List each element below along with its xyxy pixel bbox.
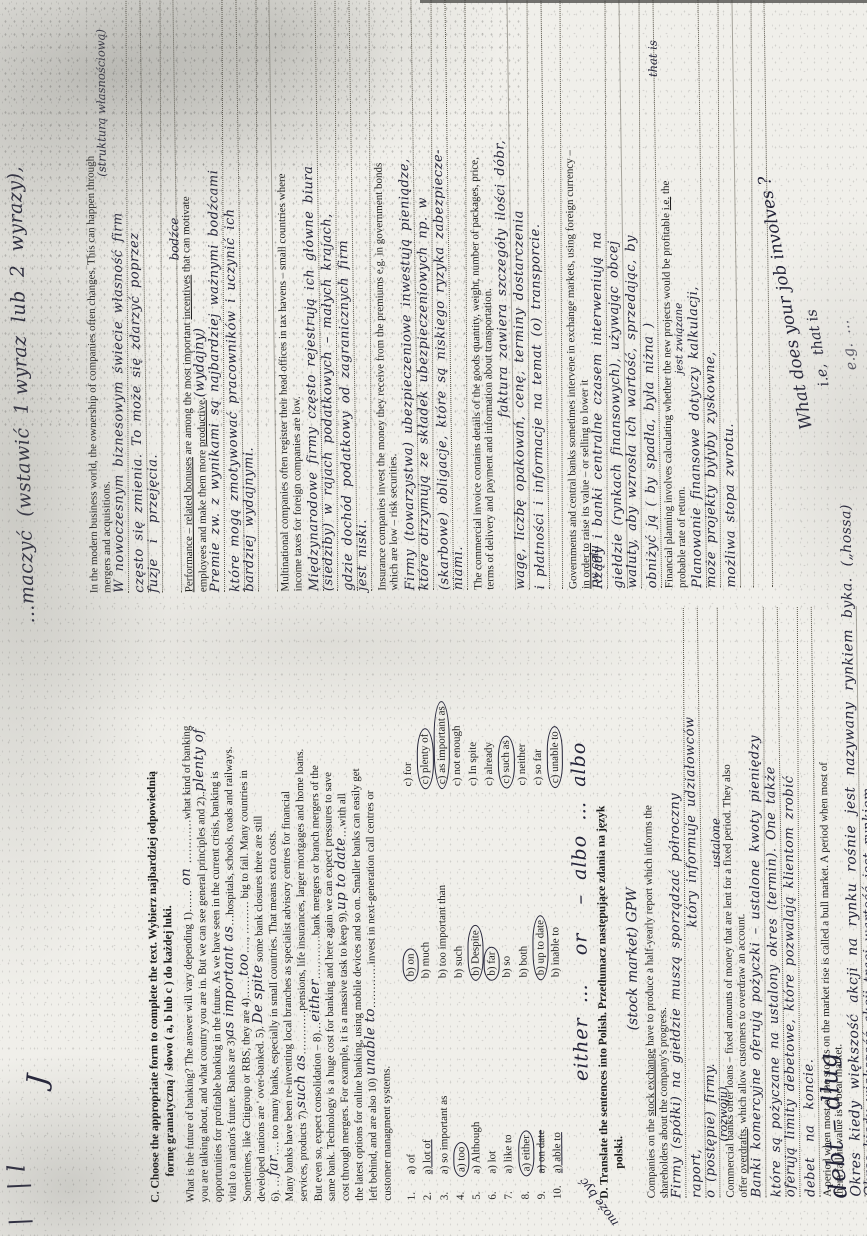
print-text: the bbox=[660, 181, 672, 197]
print-text: customer managment systems. bbox=[380, 1066, 393, 1201]
handwritten-line: o (postępie) firmy. bbox=[701, 608, 721, 1198]
option-a: a) Although bbox=[468, 978, 486, 1174]
print-text: that can motivate bbox=[180, 196, 193, 275]
option-a: a) able to bbox=[549, 977, 567, 1173]
handwritten-annotation: (strukturą własnościową) bbox=[94, 29, 107, 177]
option-label: a) so important as bbox=[437, 1096, 450, 1175]
option-label-marked: a) on date bbox=[535, 1130, 547, 1173]
option-c: c) plenty of bbox=[416, 610, 434, 786]
text-block: Commercial banks offer loans – fixed amo… bbox=[720, 607, 818, 1198]
option-number: 4. bbox=[453, 1174, 469, 1200]
scanned-document: | |l J …maczyć (wstawić 1 wyraz lub 2 wy… bbox=[0, 0, 867, 1236]
job-note-eg: e.g. … bbox=[836, 319, 860, 372]
text-block: The commercial invoice contains details … bbox=[467, 0, 564, 590]
exercise-c-heading: C. Choose the appropriate form to comple… bbox=[143, 612, 178, 1202]
option-number: 7. bbox=[502, 1173, 518, 1199]
option-number: 10. bbox=[550, 1173, 566, 1199]
handwritten-answer: De spite bbox=[250, 965, 267, 1024]
option-label: c) so far bbox=[531, 749, 543, 785]
text-block: Performance – related bonuses are among … bbox=[178, 0, 276, 592]
option-label-marked: a) lot of bbox=[421, 1139, 433, 1174]
option-label: a) like to bbox=[502, 1134, 514, 1173]
print-text: which are low – risk securities. bbox=[387, 454, 400, 591]
print-text: left behind, and are also 10) bbox=[367, 1075, 380, 1201]
translation-passages-column: In the modern business world, the owners… bbox=[0, 0, 775, 594]
option-number: 1. bbox=[405, 1174, 421, 1200]
option-b: b) such bbox=[450, 786, 468, 978]
exercise-c-column: C. Choose the appropriate form to comple… bbox=[0, 606, 867, 1204]
print-text: some bank closures there are still bbox=[252, 815, 265, 964]
passages-list: In the modern business world, the owners… bbox=[83, 0, 771, 593]
print-text: , which allow customers to overdraw an a… bbox=[735, 914, 749, 1129]
option-label-marked: a) either bbox=[518, 1130, 535, 1176]
option-label-marked: b) far bbox=[484, 947, 501, 981]
handwritten-line: niami. bbox=[448, 0, 468, 590]
text-block: Financial planning involves calculating … bbox=[658, 0, 771, 588]
option-number: 3. bbox=[437, 1174, 453, 1200]
print-text: Financial planning involves calculating … bbox=[660, 210, 675, 588]
option-a: a) so important as bbox=[435, 978, 453, 1174]
either-or-handwritten-note: either … or – albo … albo bbox=[567, 609, 594, 1199]
option-b: b) Despite bbox=[466, 786, 484, 978]
option-number: 9. bbox=[534, 1173, 550, 1199]
print-text: …………invest in next-generation call centr… bbox=[364, 790, 378, 1008]
option-b: b) so bbox=[498, 785, 516, 977]
print-text: 6). … bbox=[270, 1176, 282, 1202]
option-b: b) much bbox=[417, 786, 435, 978]
handwritten-answer: unable to bbox=[362, 1008, 379, 1075]
print-text: …. too many banks, especially in small c… bbox=[267, 830, 282, 1155]
option-label-marked: b) up to date bbox=[532, 915, 549, 980]
option-label: b) such bbox=[452, 946, 464, 978]
print-text: …hospitals, schools, roads and railways. bbox=[223, 746, 237, 925]
option-b: b) inable to bbox=[547, 785, 565, 977]
print-text: income taxes for foreign companies are l… bbox=[291, 396, 305, 591]
print-text: i.e. bbox=[660, 197, 672, 211]
option-c: c) not enough bbox=[448, 610, 466, 786]
option-b: b) up to date bbox=[531, 785, 549, 977]
print-text: …., ……… big to fail. Many countries in bbox=[238, 770, 252, 953]
option-label: c) In spite bbox=[467, 742, 479, 786]
option-a: a) either bbox=[516, 977, 534, 1173]
option-label: b) both bbox=[517, 946, 529, 978]
option-c: c) such as bbox=[497, 609, 515, 785]
option-c: c) as important as bbox=[432, 610, 450, 786]
option-a: a) lot of bbox=[419, 978, 437, 1174]
option-label-marked: a) too bbox=[453, 1142, 470, 1177]
print-text: …with all bbox=[337, 793, 349, 837]
option-label-marked: c) such as bbox=[498, 735, 515, 789]
text-block: Governments and central banks sometimes … bbox=[562, 0, 660, 589]
print-text: Performance – related bonuses bbox=[182, 457, 195, 592]
option-b: b) both bbox=[515, 785, 533, 977]
option-number: 5. bbox=[469, 1174, 485, 1200]
handwritten-answer: either bbox=[306, 979, 322, 1022]
document-sheet: | |l J …maczyć (wstawić 1 wyraz lub 2 wy… bbox=[0, 0, 867, 1236]
option-label: b) so bbox=[501, 956, 513, 978]
option-label: b) too important than bbox=[435, 885, 448, 978]
print-text: probable rate of return. bbox=[675, 487, 688, 589]
handwritten-line bbox=[544, 0, 563, 589]
option-label-marked: c) plenty of bbox=[417, 728, 434, 789]
option-label: b) much bbox=[420, 942, 432, 978]
option-label-marked: b) Despite bbox=[467, 925, 484, 981]
exercise-c-options-list: 1.a) ofb) onc) for2.a) lot ofb) muchc) p… bbox=[400, 609, 567, 1200]
handwritten-annotation: that is bbox=[647, 40, 659, 77]
text-block: In the modern business world, the owners… bbox=[83, 0, 180, 593]
option-label-marked: c) as important as bbox=[433, 701, 450, 789]
option-c: c) already bbox=[481, 610, 499, 786]
option-c: c) for bbox=[400, 610, 418, 786]
handwritten-answer: as important as bbox=[221, 926, 238, 1037]
handwritten-annotation: jest związane bbox=[673, 303, 686, 374]
option-a: a) of bbox=[403, 978, 421, 1174]
option-number: 8. bbox=[518, 1173, 534, 1199]
option-label: c) neither bbox=[515, 744, 527, 786]
option-b: b) too important than bbox=[434, 786, 452, 978]
print-text: overdrafts bbox=[737, 1129, 749, 1174]
option-c: c) neither bbox=[513, 609, 531, 785]
option-a: a) like to bbox=[500, 977, 518, 1173]
text-block: Companies on the stock exchange have to … bbox=[641, 608, 722, 1199]
option-a: a) on date bbox=[532, 977, 550, 1173]
print-text: productive bbox=[195, 400, 207, 447]
print-text: stock exchange bbox=[645, 1049, 658, 1117]
option-label: b) inable to bbox=[549, 927, 561, 977]
option-a: a) too bbox=[451, 978, 469, 1174]
option-label: a) of bbox=[405, 1154, 417, 1175]
print-text: vital to a nation's future. Banks are 3) bbox=[225, 1037, 238, 1202]
print-text: But even so, expect consolidation – 8)… bbox=[311, 1022, 325, 1201]
print-text: . bbox=[195, 397, 207, 400]
option-c: c) In spite bbox=[464, 610, 482, 786]
option-number: 2. bbox=[421, 1174, 437, 1200]
option-label-marked: a) able to bbox=[551, 1132, 563, 1173]
print-text: What is the future of banking? The answe… bbox=[182, 890, 197, 1202]
option-b: b) far bbox=[482, 786, 500, 978]
option-label: c) not enough bbox=[450, 725, 463, 786]
option-label: a) lot bbox=[486, 1151, 498, 1174]
print-text: have to produce a half-yearly report whi… bbox=[642, 805, 656, 1049]
print-text: incentives bbox=[181, 275, 193, 320]
option-number: 6. bbox=[486, 1174, 502, 1200]
handwritten-annotation: ustalone bbox=[710, 818, 722, 868]
option-label: c) for bbox=[402, 762, 414, 786]
text-block: Multinational companies often register t… bbox=[275, 0, 373, 592]
option-a: a) lot bbox=[484, 978, 502, 1174]
handwritten-line: jest niski. bbox=[352, 0, 372, 591]
handwritten-answer: on bbox=[178, 863, 194, 890]
option-label-marked: b) on bbox=[403, 948, 419, 981]
option-label: a) Although bbox=[470, 1122, 482, 1174]
option-c: c) so far bbox=[529, 609, 547, 785]
handwritten-answer: up to date bbox=[333, 837, 350, 910]
handwritten-answer: far bbox=[266, 1155, 282, 1176]
handwritten-answer: plenty of bbox=[191, 729, 208, 792]
handwritten-answer: such as bbox=[293, 1055, 309, 1108]
option-b: b) on bbox=[401, 786, 419, 978]
print-text: Companies on the bbox=[645, 1116, 658, 1198]
print-text: services, products 7). bbox=[297, 1108, 310, 1202]
print-text: offer bbox=[737, 1174, 749, 1198]
handwritten-annotation: bodźce bbox=[168, 218, 180, 261]
option-c: c) unable to bbox=[545, 609, 563, 785]
text-block: Insurance companies invest the money the… bbox=[371, 0, 469, 591]
scan-edge-line bbox=[420, 0, 867, 3]
handwritten-answer: (wydajny) bbox=[191, 328, 208, 398]
print-text: …………bank mergers or branch mergers of th… bbox=[309, 765, 323, 979]
print-text: cost through mergers. For example, it is… bbox=[338, 910, 353, 1201]
exercise-c-paragraph: What is the future of banking? The answe… bbox=[179, 611, 395, 1203]
option-label-marked: c) unable to bbox=[546, 726, 563, 788]
option-label: c) already bbox=[483, 742, 495, 786]
